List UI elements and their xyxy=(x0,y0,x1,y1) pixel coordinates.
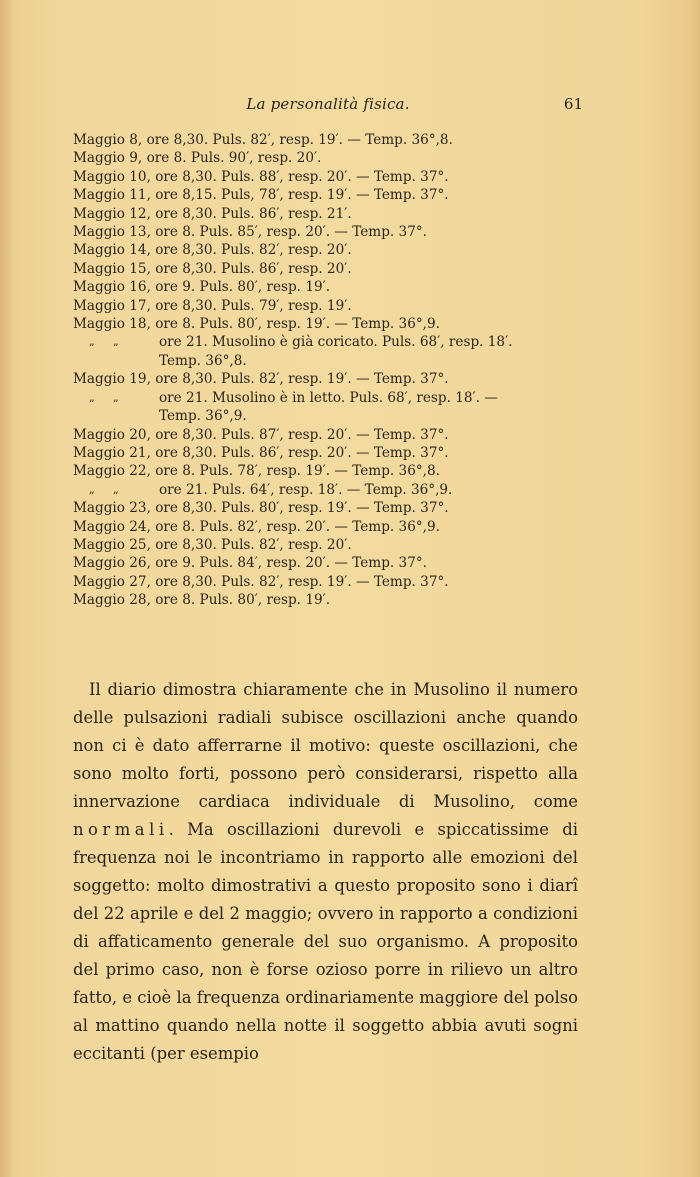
diary-entry: Maggio 14, ore 8,30. Puls. 82′, resp. 20… xyxy=(73,241,593,259)
diary-entry: Maggio 12, ore 8,30. Puls. 86′, resp. 21… xyxy=(73,205,593,223)
book-page: La personalità fisica. 61 Maggio 8, ore … xyxy=(0,0,700,1177)
paragraph-text: Il diario dimostra chiaramente che in Mu… xyxy=(73,676,578,1068)
diary-entry: Maggio 17, ore 8,30. Puls. 79′, resp. 19… xyxy=(73,297,593,315)
ditto-mark: „ xyxy=(89,481,113,499)
ditto-marks: „„ xyxy=(73,333,159,351)
diary-entry: Maggio 28, ore 8. Puls. 80′, resp. 19′. xyxy=(73,591,593,609)
diary-entry: Maggio 23, ore 8,30. Puls. 80′, resp. 19… xyxy=(73,499,593,517)
text-run: . Ma oscillazioni durevoli e spiccatissi… xyxy=(73,820,578,1063)
diary-entry: Maggio 21, ore 8,30. Puls. 86′, resp. 20… xyxy=(73,444,593,462)
diary-entry: Maggio 22, ore 8. Puls. 78′, resp. 19′. … xyxy=(73,462,593,480)
diary-entry-evening: „„ ore 21. Musolino è già coricato. Puls… xyxy=(73,333,593,351)
diary-entry: Maggio 9, ore 8. Puls. 90′, resp. 20′. xyxy=(73,149,593,167)
diary-entry: Maggio 26, ore 9. Puls. 84′, resp. 20′. … xyxy=(73,554,593,572)
diary-entry-text: ore 21. Musolino è in letto. Puls. 68′, … xyxy=(159,389,498,407)
diary-entry: Maggio 16, ore 9. Puls. 80′, resp. 19′. xyxy=(73,278,593,296)
diary-entry: Maggio 27, ore 8,30. Puls. 82′, resp. 19… xyxy=(73,573,593,591)
diary-entry-evening: „„ ore 21. Puls. 64′, resp. 18′. — Temp.… xyxy=(73,481,593,499)
diary-entry: Maggio 11, ore 8,15. Puls, 78′, resp. 19… xyxy=(73,186,593,204)
running-head: La personalità fisica. 61 xyxy=(73,95,583,115)
ditto-marks: „„ xyxy=(73,389,159,407)
ditto-mark: „ xyxy=(113,389,137,407)
running-title: La personalità fisica. xyxy=(73,95,583,113)
ditto-mark: „ xyxy=(113,333,137,351)
ditto-mark: „ xyxy=(89,389,113,407)
ditto-mark: „ xyxy=(113,481,137,499)
diary-entry-text: ore 21. Musolino è già coricato. Puls. 6… xyxy=(159,333,513,351)
diary-entry-continuation: Temp. 36°,9. xyxy=(73,407,593,425)
diary-entries: Maggio 8, ore 8,30. Puls. 82′, resp. 19′… xyxy=(73,131,593,610)
page-number: 61 xyxy=(564,95,583,113)
diary-entry: Maggio 13, ore 8. Puls. 85′, resp. 20′. … xyxy=(73,223,593,241)
ditto-mark: „ xyxy=(89,333,113,351)
diary-entry: Maggio 8, ore 8,30. Puls. 82′, resp. 19′… xyxy=(73,131,593,149)
diary-entry: Maggio 15, ore 8,30. Puls. 86′, resp. 20… xyxy=(73,260,593,278)
diary-entry: Maggio 24, ore 8. Puls. 82′, resp. 20′. … xyxy=(73,518,593,536)
diary-entry: Maggio 10, ore 8,30. Puls. 88′, resp. 20… xyxy=(73,168,593,186)
text-run: Il diario dimostra chiaramente che in Mu… xyxy=(73,680,578,811)
diary-entry-evening: „„ ore 21. Musolino è in letto. Puls. 68… xyxy=(73,389,593,407)
diary-entry: Maggio 18, ore 8. Puls. 80′, resp. 19′. … xyxy=(73,315,593,333)
ditto-marks: „„ xyxy=(73,481,159,499)
body-paragraph: Il diario dimostra chiaramente che in Mu… xyxy=(73,676,578,1068)
diary-entry: Maggio 19, ore 8,30. Puls. 82′, resp. 19… xyxy=(73,370,593,388)
diary-entry: Maggio 25, ore 8,30. Puls. 82′, resp. 20… xyxy=(73,536,593,554)
emphasized-word: normali xyxy=(73,820,169,839)
diary-entry: Maggio 20, ore 8,30. Puls. 87′, resp. 20… xyxy=(73,426,593,444)
diary-entry-text: ore 21. Puls. 64′, resp. 18′. — Temp. 36… xyxy=(159,481,452,499)
diary-entry-continuation: Temp. 36°,8. xyxy=(73,352,593,370)
